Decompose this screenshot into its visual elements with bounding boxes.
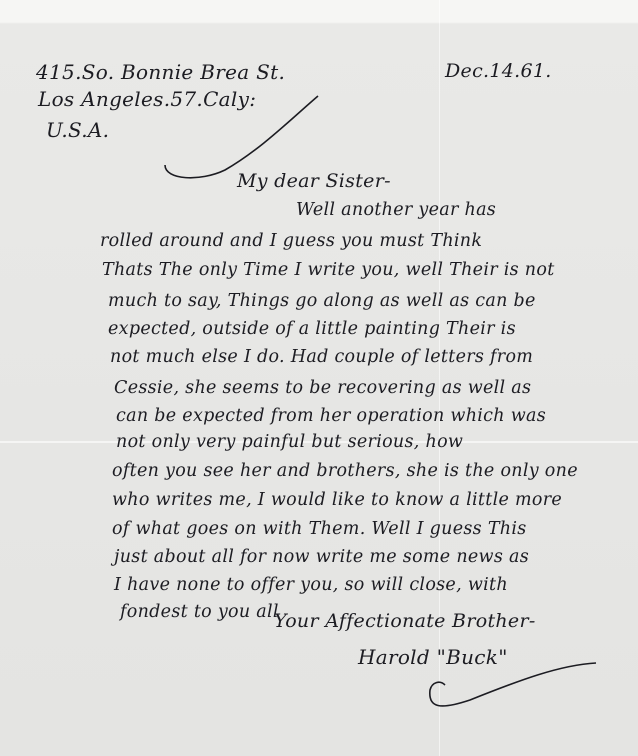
body-line: expected, outside of a little painting T…	[108, 319, 516, 339]
closing: Your Affectionate Brother-	[274, 610, 536, 632]
body-line: fondest to you all	[120, 602, 279, 622]
address-line-1: 415.So. Bonnie Brea St.	[36, 60, 285, 84]
body-line: Thats The only Time I write you, well Th…	[102, 260, 555, 280]
body-line: often you see her and brothers, she is t…	[112, 461, 578, 481]
body-line: can be expected from her operation which…	[116, 406, 546, 426]
letter-date: Dec.14.61.	[445, 60, 552, 82]
body-line: Cessie, she seems to be recovering as we…	[114, 378, 531, 398]
body-line: who writes me, I would like to know a li…	[112, 490, 562, 510]
body-line: not much else I do. Had couple of letter…	[110, 347, 533, 367]
signature: Harold "Buck"	[358, 645, 508, 669]
letter-page: 415.So. Bonnie Brea St. Los Angeles.57.C…	[0, 0, 638, 756]
body-line: not only very painful but serious, how	[116, 432, 463, 452]
body-line: rolled around and I guess you must Think	[100, 231, 482, 251]
body-line: just about all for now write me some new…	[114, 547, 529, 567]
body-line: much to say, Things go along as well as …	[108, 291, 536, 311]
salutation: My dear Sister-	[237, 170, 391, 192]
body-line: of what goes on with Them. Well I guess …	[112, 519, 527, 539]
body-line: I have none to offer you, so will close,…	[114, 575, 508, 595]
address-line-3: U.S.A.	[46, 118, 109, 142]
address-line-2: Los Angeles.57.Caly:	[38, 87, 256, 111]
body-line: Well another year has	[296, 200, 496, 220]
